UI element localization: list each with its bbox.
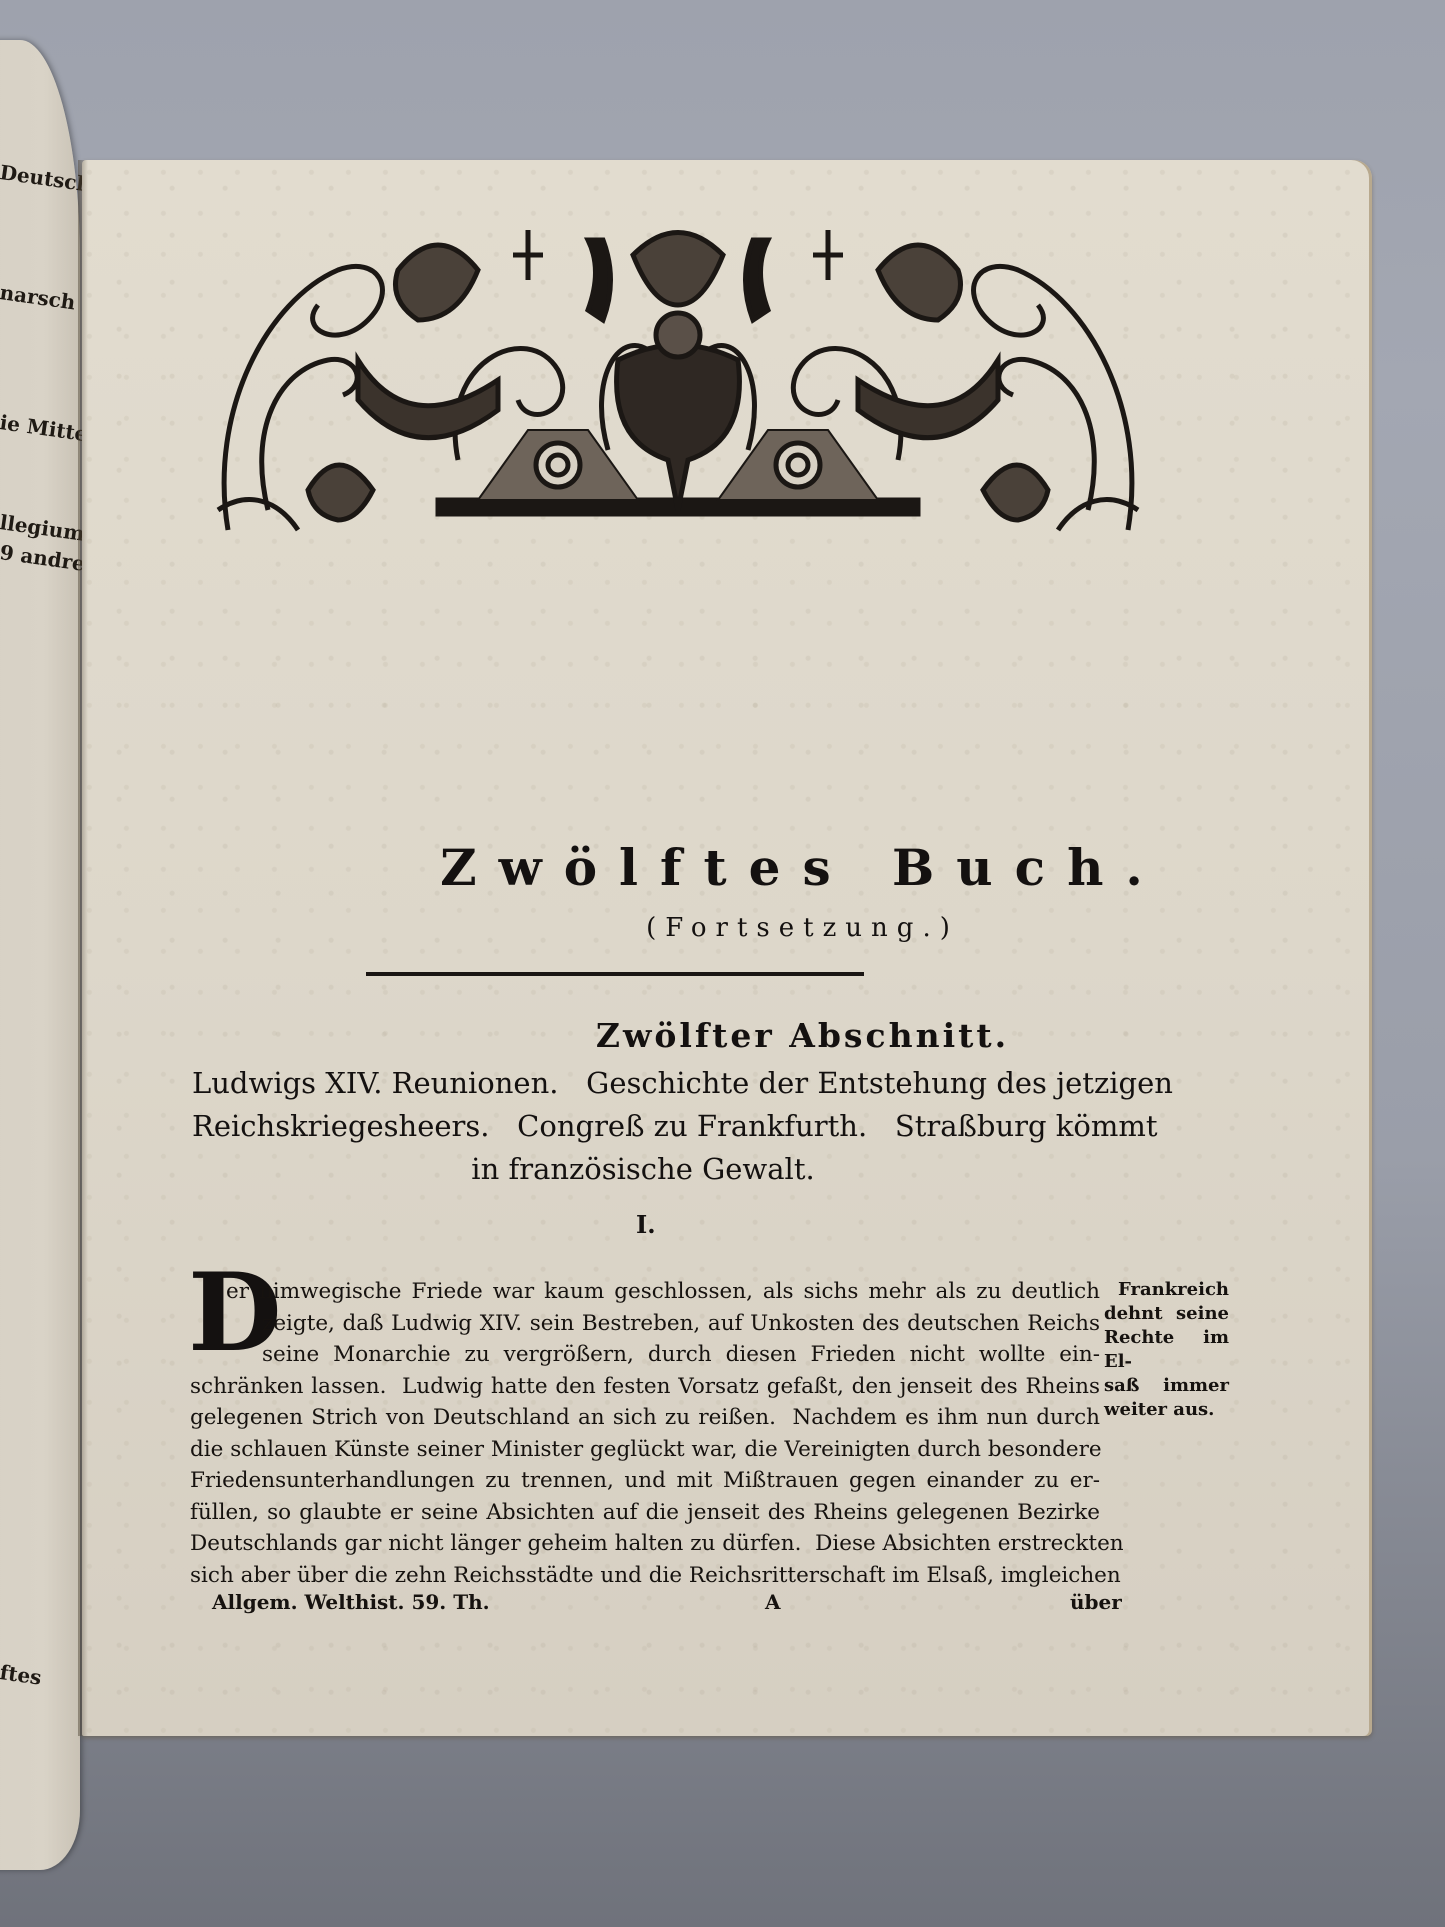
body-line: die schlauen Künste seiner Minister gegl… xyxy=(190,1434,1100,1466)
left-page-edge: Deutsch; narsch in ie Mitte llegium, 9 a… xyxy=(0,40,80,1870)
body-line: gelegenen Strich von Deutschland an sich… xyxy=(190,1402,1100,1434)
margin-note-line: weiter aus. xyxy=(1104,1398,1229,1422)
section-number: I. xyxy=(636,1210,656,1239)
body-text: er nimwegische Friede war kaum geschloss… xyxy=(190,1276,1100,1591)
body-line: er nimwegische Friede war kaum geschloss… xyxy=(190,1276,1100,1308)
body-line: Friedensunterhandlungen zu trennen, und … xyxy=(190,1465,1100,1497)
body-line: Deutschlands gar nicht länger geheim hal… xyxy=(190,1528,1100,1560)
summary-line: Reichskriegesheers. Congreß zu Frankfurt… xyxy=(192,1105,1094,1148)
body-line: sich aber über die zehn Reichsstädte und… xyxy=(190,1560,1100,1592)
title-rule-divider xyxy=(366,972,864,976)
signature-mark: A xyxy=(765,1590,781,1614)
continuation-subtitle: (Fortsetzung.) xyxy=(0,913,1445,943)
gutter-shadow xyxy=(78,160,88,1736)
headpiece-ornament-icon xyxy=(208,210,1148,540)
book-title: Zwölftes Buch. xyxy=(0,838,1445,897)
margin-note: Frankreich dehnt seine Rechte im El- saß… xyxy=(1104,1278,1229,1422)
body-line: füllen, so glaubte er seine Absichten au… xyxy=(190,1497,1100,1529)
body-line: zeigte, daß Ludwig XIV. sein Bestreben, … xyxy=(190,1308,1100,1340)
chapter-summary: Ludwigs XIV. Reunionen. Geschichte der E… xyxy=(192,1062,1094,1191)
left-page-fragment: 9 andre xyxy=(0,540,86,576)
margin-note-line: Frankreich xyxy=(1104,1278,1229,1302)
section-title: Zwölfter Abschnitt. xyxy=(0,1016,1445,1055)
left-page-fragment: ie Mitte xyxy=(0,410,89,446)
body-line: seine Monarchie zu vergrößern, durch die… xyxy=(190,1339,1100,1371)
summary-line: in französische Gewalt. xyxy=(192,1148,1094,1191)
left-page-fragment: ftes xyxy=(0,1660,43,1690)
margin-note-line: saß immer xyxy=(1104,1374,1229,1398)
catchword: über xyxy=(1070,1590,1122,1614)
body-line: schränken lassen. Ludwig hatte den feste… xyxy=(190,1371,1100,1403)
margin-note-line: dehnt seine xyxy=(1104,1302,1229,1326)
summary-line: Ludwigs XIV. Reunionen. Geschichte der E… xyxy=(192,1062,1094,1105)
signature-title: Allgem. Welthist. 59. Th. xyxy=(212,1590,490,1614)
margin-note-line: Rechte im El- xyxy=(1104,1326,1229,1374)
